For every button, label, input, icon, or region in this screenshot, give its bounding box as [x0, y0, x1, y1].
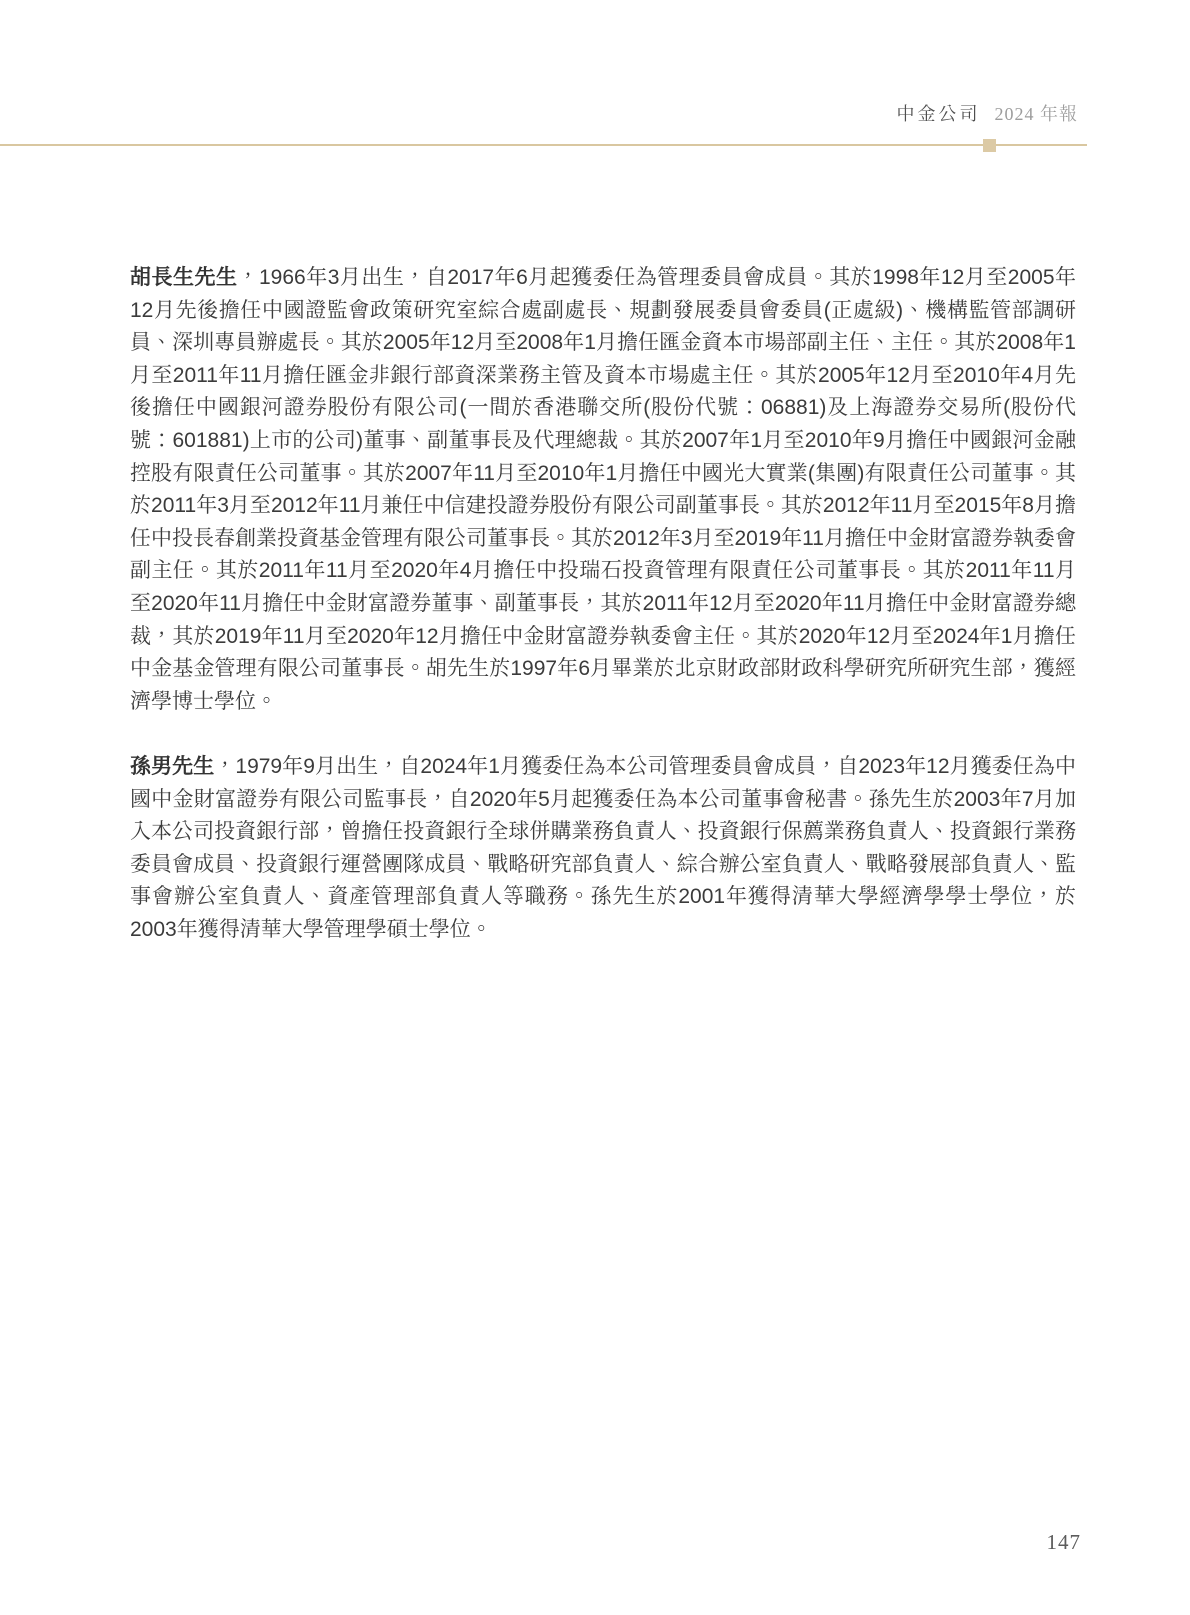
- page-number: 147: [1047, 1530, 1082, 1555]
- biography-section: 胡長生先生，1966年3月出生，自2017年6月起獲委任為管理委員會成員。其於1…: [130, 262, 1076, 946]
- page-header: 中金公司2024 年報: [897, 102, 1079, 126]
- header-rule: [0, 144, 1087, 146]
- biography-paragraph: 胡長生先生，1966年3月出生，自2017年6月起獲委任為管理委員會成員。其於1…: [130, 262, 1076, 718]
- document-page: 中金公司2024 年報 胡長生先生，1966年3月出生，自2017年6月起獲委任…: [0, 0, 1190, 1615]
- biography-text: ，1979年9月出生，自2024年1月獲委任為本公司管理委員會成員，自2023年…: [130, 755, 1076, 941]
- header-rule-marker: [983, 139, 996, 152]
- header-report-title: 2024 年報: [995, 104, 1079, 124]
- person-name: 孫男先生: [130, 755, 214, 778]
- header-company-name: 中金公司: [897, 104, 981, 124]
- biography-paragraph: 孫男先生，1979年9月出生，自2024年1月獲委任為本公司管理委員會成員，自2…: [130, 751, 1076, 947]
- person-name: 胡長生先生: [130, 266, 238, 289]
- biography-text: ，1966年3月出生，自2017年6月起獲委任為管理委員會成員。其於1998年1…: [130, 266, 1076, 713]
